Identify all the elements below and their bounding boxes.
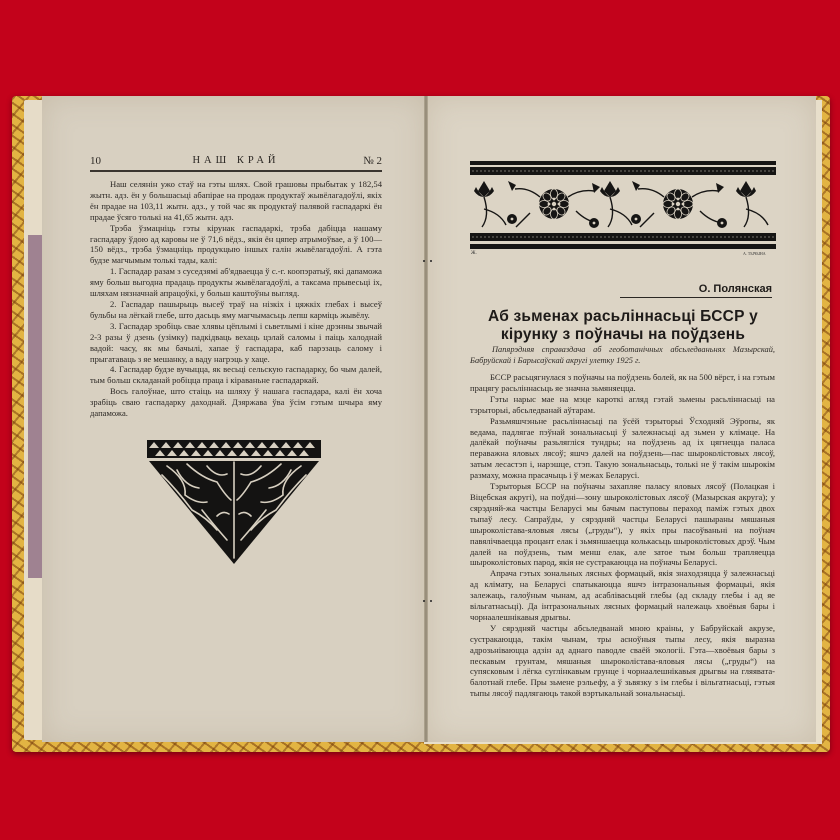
ornament-caption-left: Ж.	[471, 251, 477, 256]
article-subtitle: Папярэдняя справаздача аб геоботанічных …	[470, 344, 775, 366]
paragraph: 1. Гаспадар разам з суседзямі аб'ядваецц…	[90, 266, 382, 299]
ornament-caption-right: А. ТЫЧЫНА	[743, 251, 766, 256]
paragraph: БССР расьцягнулася з поўначы на поўдзень…	[470, 372, 775, 394]
paragraph: 4. Гаспадар будзе вучыцца, як весьці сел…	[90, 364, 382, 386]
floral-border-ornament-icon	[470, 161, 776, 249]
binding-staple	[423, 600, 425, 602]
paragraph: Вось галоўнае, што стаіць на шляху ў наш…	[90, 386, 382, 419]
paragraph: Гэты нарыс мае на мэце кароткі агляд гэт…	[470, 394, 775, 416]
bookmark-strip	[28, 235, 42, 578]
left-body-text: Наш селянін ужо стаў на гэты шлях. Свой …	[90, 179, 382, 419]
issue-number: № 2	[363, 155, 382, 167]
binding-staple	[423, 260, 425, 262]
running-header: 10 НАШ КРАЙ № 2	[90, 155, 382, 172]
paragraph: 2. Гаспадар пашырыць высеў траў на нізкі…	[90, 299, 382, 321]
binding-staple	[430, 600, 432, 602]
paragraph: Тэрыторыя БССР на поўначы захапляе палас…	[470, 481, 775, 568]
paragraph: Трэба ўзмацніць гэты кірунак гаспадаркі,…	[90, 223, 382, 267]
article-author: О. Полянская	[620, 283, 772, 298]
right-body-text: БССР расьцягнулася з поўначы на поўдзень…	[470, 372, 775, 699]
paragraph: Разьмяшчэньне расьліннасьці па ўсёй тэры…	[470, 416, 775, 481]
paragraph: Наш селянін ужо стаў на гэты шлях. Свой …	[90, 179, 382, 223]
journal-title: НАШ КРАЙ	[90, 155, 382, 166]
binding-staple	[430, 260, 432, 262]
article-title: Аб зьменах расьліннасьці БССР у кірунку …	[466, 308, 780, 344]
paragraph: У сярэдняй частцы абсьледванай мною краі…	[470, 623, 775, 699]
paragraph: 3. Гаспадар зробіць свае хлявы цёплымі і…	[90, 321, 382, 365]
book-gutter	[424, 96, 428, 742]
paragraph: Апрача гэтых зональных лясных формацый, …	[470, 568, 775, 623]
triangle-ornament-icon	[147, 440, 321, 566]
